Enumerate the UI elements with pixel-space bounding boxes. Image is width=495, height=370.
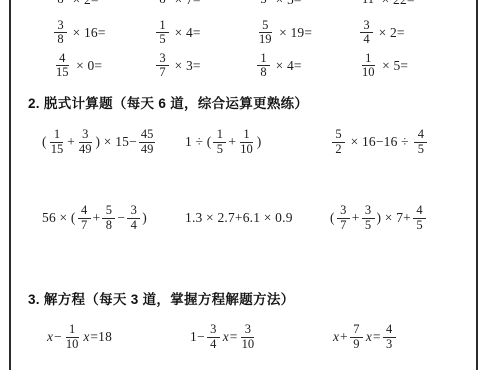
fraction: 37 [337,204,350,232]
math-text: × 16−16 ÷ [347,134,412,150]
fraction: 110 [238,128,255,156]
variable: x [47,329,53,345]
fraction: 415 [54,52,71,80]
math-text: ( [330,210,335,226]
math-text: × 3= [171,58,201,74]
math-problem: 8 × 7= [154,0,255,8]
math-text: × 0= [73,58,103,74]
variable: x [366,329,372,345]
math-text: × 4= [171,25,201,41]
multi-step-row-2: 56 × (47+58−34) 1.3 × 2.7+6.1 × 0.9 (37+… [0,200,495,236]
worksheet-page: { "page": { "bg": "#ffffff", "frame_colo… [0,0,495,370]
fraction: 34 [360,19,373,47]
math-text: 1 ÷ ( [185,134,211,150]
math-text: × 2= [69,0,99,8]
math-problem: 34 × 2= [358,19,495,47]
math-problem: 1−34x=310 [190,323,332,351]
math-problem: 52 × 16−16 ÷ 45 [330,128,495,156]
math-text: ) × 15− [96,134,137,150]
math-problem: 11 × 22= [358,0,495,8]
variable: x [333,329,339,345]
math-text: + [340,329,348,345]
fraction: 15 [213,128,226,156]
math-text: ( [42,134,47,150]
math-problem: 18 × 4= [255,52,358,80]
fraction: 110 [360,52,377,80]
math-problem: 519 × 19= [255,19,358,47]
math-problem: 110 × 5= [358,52,495,80]
math-text: + [228,134,236,150]
math-problem: 415 × 0= [52,52,154,80]
math-text: ) × 7+ [377,210,411,226]
math-text: × 22= [378,0,415,8]
math-text: + [67,134,75,150]
fraction: 37 [156,52,169,80]
variable: x [223,329,229,345]
fraction: 79 [350,323,363,351]
math-text: 1.3 × 2.7+6.1 × 0.9 [185,210,293,226]
math-problem: (115+349) × 15−4549 [42,128,185,156]
math-text: ) [142,210,147,226]
math-problem: 1 ÷ (15+110) [185,128,330,156]
math-problem: 38 × 16= [52,19,154,47]
math-problem: 37 × 3= [154,52,255,80]
fraction: 349 [77,128,94,156]
math-text: × 7= [171,0,201,8]
math-problem: 8 × 2= [52,0,154,8]
fraction: 45 [414,128,427,156]
fraction: 34 [127,204,140,232]
section-3-heading: 3. 解方程（每天 3 道，掌握方程解题方法） [0,288,495,308]
math-text: × 5= [272,0,302,8]
fraction: 45 [413,204,426,232]
fraction: 8 [54,0,67,7]
math-text: × 2= [375,25,405,41]
fraction: 47 [78,204,91,232]
math-problem: 3 × 5= [255,0,358,8]
oral-calc-section: 8 × 2= 8 × 7= 3 × 5= 11 × 22= 38 × 16= 1… [0,0,495,82]
fraction: 8 [156,0,169,7]
fraction: 310 [240,323,257,351]
math-problem: x+79x=43 [332,323,495,351]
fraction: 35 [362,204,375,232]
math-text: 1− [190,329,205,345]
fraction: 18 [257,52,270,80]
math-problem: 56 × (47+58−34) [42,204,185,232]
fraction: 58 [102,204,115,232]
multi-step-calc-section: 2. 脱式计算题（每天 6 道，综合运算更熟练） (115+349) × 15−… [0,92,495,236]
math-text: − [54,329,62,345]
math-text: + [352,210,360,226]
fraction: 110 [64,323,81,351]
math-problem: (37+35) × 7+45 [330,204,495,232]
math-problem: 1.3 × 2.7+6.1 × 0.9 [185,210,330,226]
variable: x [83,329,89,345]
math-text: 56 × ( [42,210,76,226]
math-text: × 4= [272,58,302,74]
fraction: 52 [332,128,345,156]
equation-section: 3. 解方程（每天 3 道，掌握方程解题方法） x−110x=18 1−34x=… [0,288,495,354]
page-frame-left [9,0,11,370]
fraction: 115 [49,128,66,156]
math-text: × 16= [69,25,106,41]
fraction: 3 [257,0,270,7]
oral-calc-row-2: 38 × 16= 15 × 4= 519 × 19= 34 × 2= [0,16,495,49]
fraction: 15 [156,19,169,47]
section-2-heading: 2. 脱式计算题（每天 6 道，综合运算更熟练） [0,92,495,112]
multi-step-row-1: (115+349) × 15−4549 1 ÷ (15+110) 52 × 16… [0,124,495,160]
fraction: 43 [383,323,396,351]
oral-calc-row-1: 8 × 2= 8 × 7= 3 × 5= 11 × 22= [0,0,495,16]
math-text: =18 [90,329,112,345]
math-text: × 19= [276,25,313,41]
math-text: + [93,210,101,226]
fraction: 519 [257,19,274,47]
math-text: × 5= [379,58,409,74]
math-text: = [373,329,381,345]
fraction: 34 [207,323,220,351]
equation-row-1: x−110x=18 1−34x=310 x+79x=43 [0,320,495,354]
page-frame-right [476,0,478,370]
fraction: 11 [360,0,376,7]
fraction: 38 [54,19,67,47]
oral-calc-row-3: 415 × 0= 37 × 3= 18 × 4= 110 × 5= [0,49,495,82]
fraction: 4549 [139,128,156,156]
math-problem: 15 × 4= [154,19,255,47]
math-problem: x−110x=18 [46,323,190,351]
math-text: = [230,329,238,345]
math-text: − [117,210,125,226]
math-text: ) [257,134,262,150]
